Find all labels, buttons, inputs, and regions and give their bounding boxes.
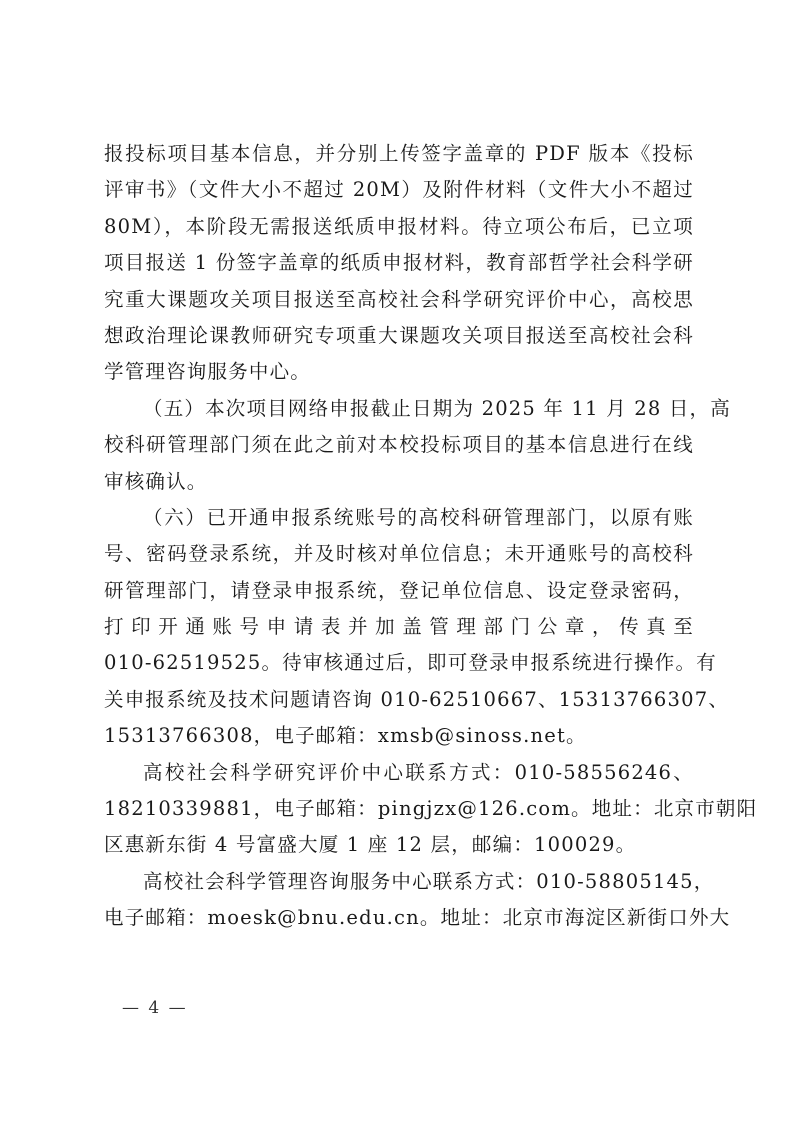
text-line: 18210339881，电子邮箱：pingjzx@126.com。地址：北京市朝…: [104, 791, 694, 827]
text-line: 15313766308，电子邮箱：xmsb@sinoss.net。: [104, 718, 694, 754]
text-line: 审核确认。: [104, 464, 694, 500]
paragraph-item-five: （五）本次项目网络申报截止日期为 2025 年 11 月 28 日，高 校科研管…: [104, 391, 694, 500]
paragraph-eval-center-contact: 高校社会科学研究评价中心联系方式：010-58556246、 182103398…: [104, 755, 694, 864]
paragraph-item-six: （六）已开通申报系统账号的高校科研管理部门，以原有账 号、密码登录系统，并及时核…: [104, 500, 694, 755]
text-line: 关申报系统及技术问题请咨询 010-62510667、15313766307、: [104, 682, 694, 718]
text-line: 高校社会科学研究评价中心联系方式：010-58556246、: [104, 755, 694, 791]
text-line: 研管理部门，请登录申报系统，登记单位信息、设定登录密码，: [104, 573, 694, 609]
text-line: 校科研管理部门须在此之前对本校投标项目的基本信息进行在线: [104, 427, 694, 463]
text-line: 区惠新东街 4 号富盛大厦 1 座 12 层，邮编：100029。: [104, 827, 694, 863]
document-body: 报投标项目基本信息，并分别上传签字盖章的 PDF 版本《投标 评审书》（文件大小…: [104, 136, 694, 937]
text-line: （五）本次项目网络申报截止日期为 2025 年 11 月 28 日，高: [104, 391, 694, 427]
text-line: 打印开通账号申请表并加盖管理部门公章，传真至: [104, 609, 694, 645]
text-line: 学管理咨询服务中心。: [104, 354, 694, 390]
text-line: 项目报送 1 份签字盖章的纸质申报材料，教育部哲学社会科学研: [104, 245, 694, 281]
text-line: 想政治理论课教师研究专项重大课题攻关项目报送至高校社会科: [104, 318, 694, 354]
paragraph-consult-center-contact: 高校社会科学管理咨询服务中心联系方式：010-58805145， 电子邮箱：mo…: [104, 864, 694, 937]
page-number: — 4 —: [122, 998, 188, 1018]
text-line: 评审书》（文件大小不超过 20M）及附件材料（文件大小不超过: [104, 172, 694, 208]
text-line: 报投标项目基本信息，并分别上传签字盖章的 PDF 版本《投标: [104, 136, 694, 172]
text-line: 究重大课题攻关项目报送至高校社会科学研究评价中心，高校思: [104, 282, 694, 318]
paragraph-upload: 报投标项目基本信息，并分别上传签字盖章的 PDF 版本《投标 评审书》（文件大小…: [104, 136, 694, 391]
text-line: 010-62519525。待审核通过后，即可登录申报系统进行操作。有: [104, 645, 694, 681]
text-line: （六）已开通申报系统账号的高校科研管理部门，以原有账: [104, 500, 694, 536]
text-line: 电子邮箱：moesk@bnu.edu.cn。地址：北京市海淀区新街口外大: [104, 900, 694, 936]
text-line: 高校社会科学管理咨询服务中心联系方式：010-58805145，: [104, 864, 694, 900]
text-line: 号、密码登录系统，并及时核对单位信息；未开通账号的高校科: [104, 536, 694, 572]
text-line: 80M），本阶段无需报送纸质申报材料。待立项公布后，已立项: [104, 209, 694, 245]
